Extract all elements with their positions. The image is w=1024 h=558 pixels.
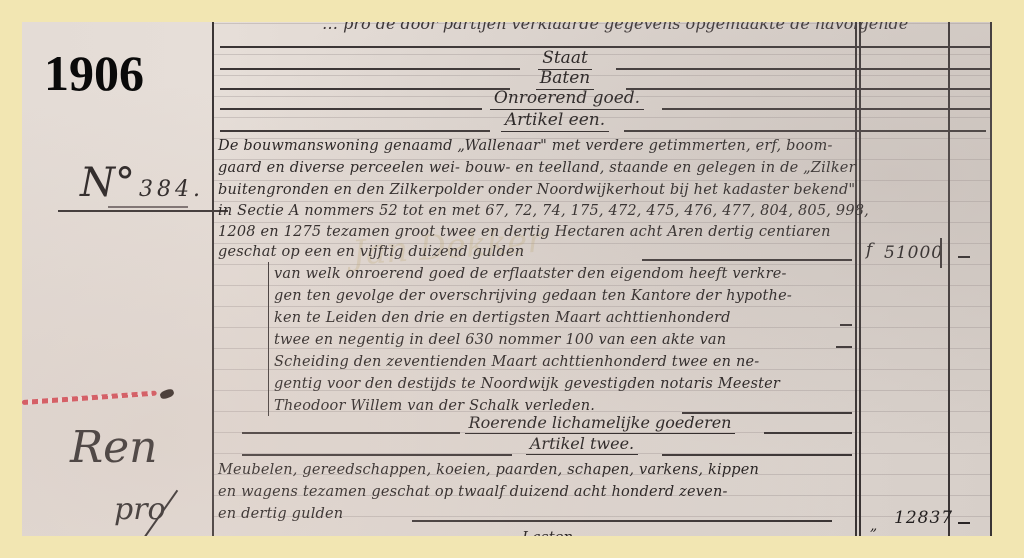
artikel-een-line: 1208 en 1275 tezamen groot twee en derti…: [218, 224, 831, 240]
artikel-een-line: buitengronden en den Zilkerpolder onder …: [218, 182, 855, 198]
heading-artikel-een: Artikel een.: [490, 112, 620, 129]
binding-string-knot: [159, 388, 175, 400]
ruled-fill-line: [220, 88, 510, 90]
provenance-line: Scheiding den zeventienden Maart achttie…: [274, 354, 759, 370]
document-number: N°384.: [80, 160, 204, 206]
provenance-line: twee en negentig in deel 630 nommer 100 …: [274, 332, 726, 348]
heading-staat-text: Staat: [538, 48, 592, 70]
amount-artikel-twee: 12837: [894, 508, 953, 528]
number-underline: [58, 210, 228, 212]
currency-sign: f: [866, 240, 872, 260]
ruled-fill-line: [836, 346, 852, 348]
number-underline-thick: [108, 206, 188, 208]
cents-column-line: [948, 22, 950, 536]
heading-onroerend-goed: Onroerend goed.: [482, 90, 652, 107]
ruled-fill-line: [412, 520, 832, 522]
ruled-fill-line: [662, 454, 852, 456]
year-label: 1906: [44, 44, 144, 102]
artikel-een-line: De bouwmanswoning genaamd „Wallenaar" me…: [218, 138, 833, 154]
ruled-fill-line: [642, 259, 852, 261]
provenance-line: van welk onroerend goed de erflaatster d…: [274, 266, 787, 282]
heading-baten: Baten: [510, 70, 620, 87]
margin-signature-pro: pro: [114, 492, 166, 527]
ditto-mark: „: [870, 518, 877, 534]
provenance-line: ken te Leiden den drie en dertigsten Maa…: [274, 310, 731, 326]
artikel-een-line: in Sectie A nommers 52 tot en met 67, 72…: [218, 203, 869, 219]
provenance-line: Theodoor Willem van der Schalk verleden.: [274, 398, 595, 414]
heading-artikel-twee: Artikel twee.: [512, 436, 652, 452]
ruled-fill-line: [242, 454, 512, 456]
provenance-line: gentig voor den destijds te Noordwijk ge…: [274, 376, 780, 392]
amount-cents-dash: [958, 522, 970, 524]
binding-string: [22, 391, 157, 405]
artikel-twee-line: en dertig gulden: [218, 506, 343, 522]
artikel-een-line: geschat op een en vijftig duizend gulden: [218, 244, 524, 260]
heading-staat: Staat: [520, 50, 610, 67]
top-cutoff-text: … pro de door partijen verklaarde gegeve…: [322, 22, 908, 32]
heading-roerende-goederen: Roerende lichamelijke goederen: [460, 415, 740, 431]
amount-column-line-left-double: [859, 22, 861, 536]
ruled-fill-line: [220, 108, 482, 110]
heading-baten-text: Baten: [536, 68, 594, 90]
margin-signature-initials: Ren: [70, 422, 158, 473]
heading-roerende-goederen-text: Roerende lichamelijke goederen: [465, 413, 736, 434]
artikel-twee-line: en wagens tezamen geschat op twaalf duiz…: [218, 484, 728, 500]
amount-cents-dash: [958, 256, 970, 258]
heading-lasten: Lasten: [522, 530, 573, 536]
provenance-line: gen ten gevolge der overschrijving gedaa…: [274, 288, 792, 304]
ruled-fill-line: [220, 130, 490, 132]
document-page: 1906 N°384. Ren pro … pro de door partij…: [22, 22, 992, 536]
page-right-edge-line: [990, 22, 992, 536]
ruled-fill-line: [662, 108, 990, 110]
ruled-fill-line: [626, 88, 990, 90]
provenance-bracket-line: [268, 262, 269, 416]
amount-artikel-een: 51000: [884, 243, 943, 263]
amount-separator: [940, 238, 942, 268]
ruled-fill-line: [840, 324, 852, 326]
ruled-fill-line: [764, 432, 852, 434]
artikel-een-line: gaard en diverse perceelen wei- bouw- en…: [218, 160, 856, 176]
heading-onroerend-goed-text: Onroerend goed.: [490, 88, 644, 110]
ruled-fill-line: [220, 68, 520, 70]
heading-artikel-twee-text: Artikel twee.: [526, 434, 638, 455]
number-value: 384.: [139, 177, 204, 202]
amount-column-line-left: [855, 22, 857, 536]
ruled-fill-line: [624, 130, 986, 132]
ruled-fill-line: [242, 432, 460, 434]
artikel-twee-line: Meubelen, gereedschappen, koeien, paarde…: [218, 462, 759, 478]
ruled-fill-line: [220, 46, 990, 48]
margin-divider-line: [212, 22, 214, 536]
ruled-fill-line: [616, 68, 990, 70]
number-prefix: N°: [80, 160, 135, 206]
heading-artikel-een-text: Artikel een.: [501, 110, 609, 132]
